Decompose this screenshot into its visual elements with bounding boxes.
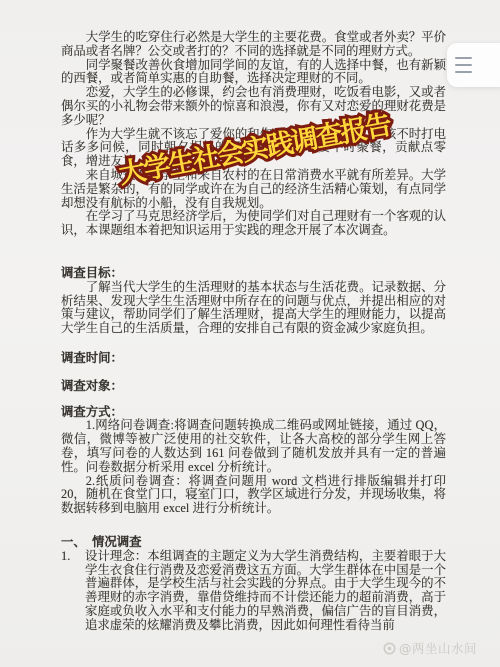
paragraph-urban-rural: 来自城镇的大学生和来自农村的在日常消费水平就有所差异。大学生活是繁杂的，有的同学… — [61, 169, 446, 210]
heading-survey-goal: 调查目标： — [61, 267, 446, 281]
paragraph-marx-economy: 在学习了马克思经济学后，为使同学们对自己理财有一个客观的认识，本课题组本着把知识… — [61, 210, 446, 238]
document-body: 大学生的吃穿住行必然是大学生的主要花费。食堂或者外卖？平价商品或者名牌？公交或者… — [61, 31, 446, 632]
paragraph-online-survey: 1.网络问卷调查:将调查问题转换成二维码或网址链接，通过 QQ，微信，微博等被广… — [61, 419, 446, 474]
paragraph-family: 作为大学生就不该忘了爱你的和你爱的父母与亲戚，应该不时打电话多多问候，同时朝夕相… — [61, 128, 446, 169]
heading-survey-time: 调查时间： — [61, 352, 446, 366]
document-photo: 大学生的吃穿住行必然是大学生的主要花费。食堂或者外卖？平价商品或者名牌？公交或者… — [0, 0, 500, 667]
menu-button[interactable] — [447, 43, 500, 87]
paragraph-goal-detail: 了解当代大学生的生活理财的基本状态与生活花费。记录数据、分析结果、发现大学生生活… — [61, 281, 446, 336]
heading-situation-survey: 一、 情况调查 — [61, 536, 446, 550]
heading-survey-target: 调查对象： — [61, 380, 446, 394]
paragraph-paper-survey: 2.纸质问卷调查：将调查问题用 word 文档进行排版编辑并打印20，随机在食堂… — [61, 475, 446, 516]
list-item-text: 设计理念：本组调查的主题定义为大学生消费结构，主要着眼于大学生衣食住行消费及恋爱… — [85, 550, 446, 633]
weibo-icon — [383, 642, 396, 655]
photo-watermark: @两坐山水间 — [383, 639, 477, 657]
list-item-design-concept: 1. 设计理念：本组调查的主题定义为大学生消费结构，主要着眼于大学生衣食住行消费… — [61, 550, 446, 633]
paragraph-eat-wear: 大学生的吃穿住行必然是大学生的主要花费。食堂或者外卖？平价商品或者名牌？公交或者… — [61, 31, 446, 59]
paragraph-romance: 恋爱，大学生的必修课，约会也有消费理财，吃饭看电影，又或者偶尔买的小礼物会带来额… — [61, 86, 446, 127]
list-item-marker: 1. — [61, 550, 85, 564]
paragraph-dining: 同学聚餐改善伙食增加同学间的友谊，有的人选择中餐，也有新颖的西餐，或者简单实惠的… — [61, 59, 446, 87]
watermark-text: @两坐山水间 — [399, 639, 477, 657]
